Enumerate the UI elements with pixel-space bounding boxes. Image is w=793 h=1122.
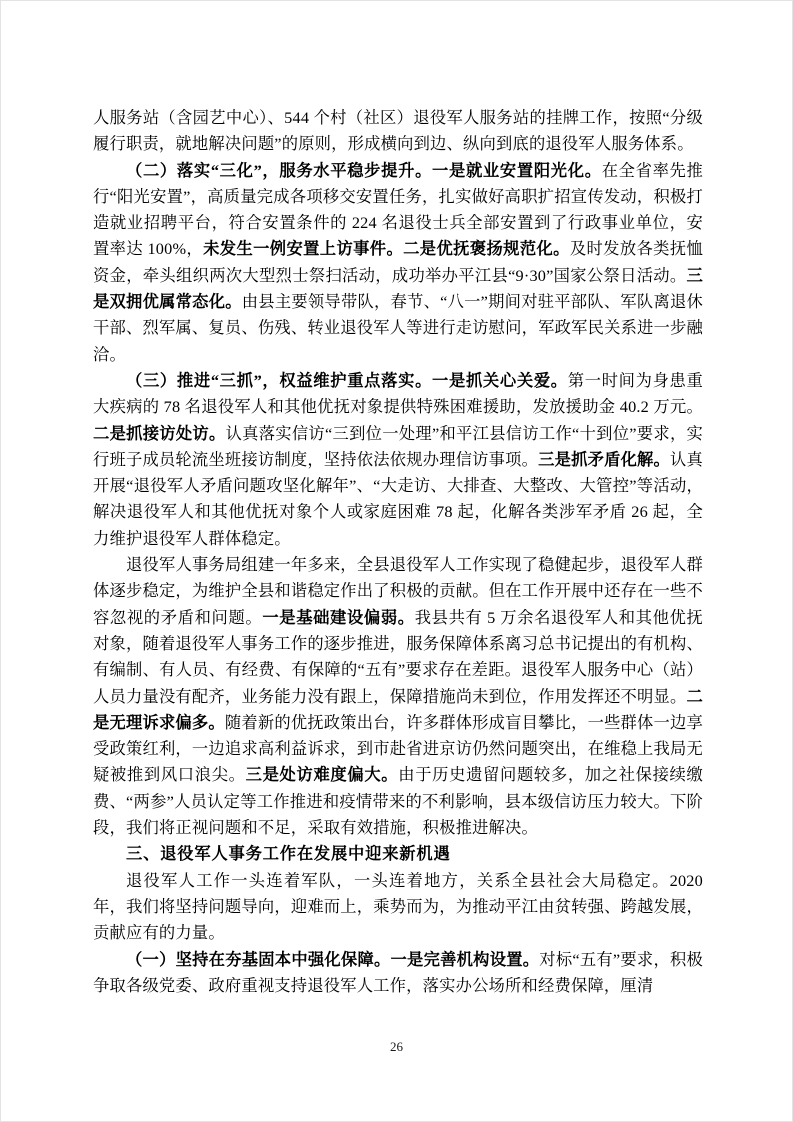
emphasis-run: 三是抓矛盾化解。	[538, 450, 670, 469]
section-heading: 三、退役军人事务工作在发展中迎来新机遇	[93, 841, 703, 867]
paragraph: （二）落实“三化”，服务水平稳步提升。一是就业安置阳光化。在全省率先推行“阳光安…	[93, 158, 703, 368]
page-number: 26	[1, 1039, 792, 1055]
text-run: 人服务站（含园艺中心）、544 个村（社区）退役军人服务站的挂牌工作，按照“分级…	[93, 108, 703, 153]
paragraph: 退役军人工作一头连着军队，一头连着地方，关系全县社会大局稳定。2020 年，我们…	[93, 868, 703, 947]
emphasis-run: 二是抓接访处访。	[93, 424, 226, 443]
paragraph: 退役军人事务局组建一年多来，全县退役军人工作实现了稳健起步，退役军人群体逐步稳定…	[93, 552, 703, 841]
document-body: 人服务站（含园艺中心）、544 个村（社区）退役军人服务站的挂牌工作，按照“分级…	[93, 105, 703, 999]
emphasis-run: （一）坚持在夯基固本中强化保障。一是完善机构设置。	[126, 950, 539, 969]
emphasis-run: （二）落实“三化”，服务水平稳步提升。一是就业安置阳光化。	[126, 161, 602, 180]
paragraph: （一）坚持在夯基固本中强化保障。一是完善机构设置。对标“五有”要求，积极争取各级…	[93, 947, 703, 1000]
text-run: 退役军人工作一头连着军队，一头连着地方，关系全县社会大局稳定。2020 年，我们…	[93, 871, 703, 943]
document-page: 人服务站（含园艺中心）、544 个村（社区）退役军人服务站的挂牌工作，按照“分级…	[0, 0, 793, 1122]
paragraph: （三）推进“三抓”，权益维护重点落实。一是抓关心关爱。第一时间为身患重大疾病的 …	[93, 368, 703, 552]
emphasis-run: （三）推进“三抓”，权益维护重点落实。一是抓关心关爱。	[126, 371, 568, 390]
emphasis-run: 三是处访难度偏大。	[246, 765, 399, 784]
emphasis-run: 未发生一例安置上访事件。二是优抚褒扬规范化。	[203, 239, 570, 258]
paragraph: 人服务站（含园艺中心）、544 个村（社区）退役军人服务站的挂牌工作，按照“分级…	[93, 105, 703, 158]
emphasis-run: 三、退役军人事务工作在发展中迎来新机遇	[126, 845, 451, 863]
emphasis-run: 一是基础建设偏弱。	[262, 608, 414, 627]
